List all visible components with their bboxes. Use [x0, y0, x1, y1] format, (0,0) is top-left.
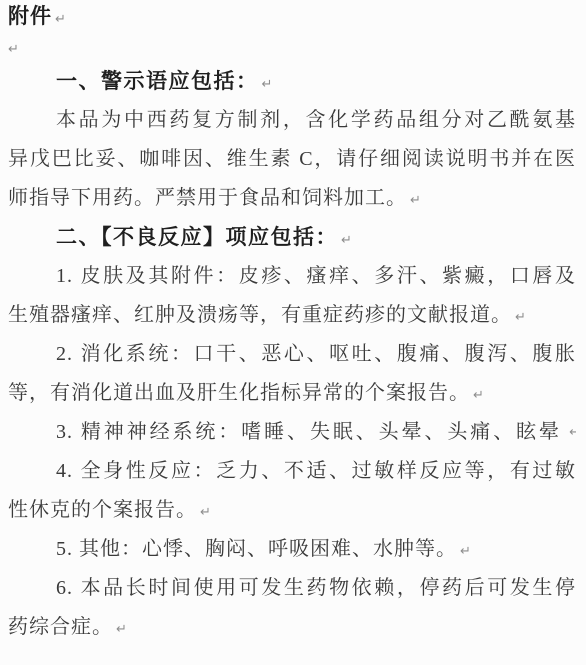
paragraph-mark-icon: ↵	[569, 413, 576, 452]
adverse-item-text: 6. 本品长时间使用可发生药物依赖，停药后可发生停	[56, 577, 576, 599]
section-adverse-heading: 二、【不良反应】项应包括：	[56, 226, 338, 249]
adverse-item-3-line-1: 3. 精神神经系统：嗜睡、失眠、头晕、头痛、眩晕等。↵	[8, 413, 576, 452]
adverse-item-6-line-2: 药综合症。↵	[8, 608, 576, 647]
paragraph-mark-icon: ↵	[407, 193, 421, 208]
adverse-item-1-line-2: 生殖器瘙痒、红肿及溃疡等，有重症药疹的文献报道。↵	[8, 296, 576, 335]
paragraph-mark-icon: ↵	[113, 622, 127, 637]
section-warning-heading: 一、警示语应包括：	[56, 70, 259, 93]
adverse-item-4-line-1: 4. 全身性反应：乏力、不适、过敏样反应等，有过敏	[8, 452, 576, 491]
section-adverse-heading-line: 二、【不良反应】项应包括：↵	[8, 218, 576, 257]
adverse-item-5-line-1: 5. 其他：心悸、胸闷、呼吸困难、水肿等。↵	[8, 530, 576, 569]
adverse-item-text: 3. 精神神经系统：嗜睡、失眠、头晕、头痛、眩晕等。	[56, 421, 560, 452]
warning-paragraph-line-2: 异戊巴比妥、咖啡因、维生素 C，请仔细阅读说明书并在医	[8, 140, 576, 179]
adverse-item-1-line-1: 1. 皮肤及其附件：皮疹、瘙痒、多汗、紫癜，口唇及	[8, 257, 576, 296]
section-warning-heading-line: 一、警示语应包括：↵	[8, 62, 576, 101]
adverse-item-text: 2. 消化系统：口干、恶心、呕吐、腹痛、腹泻、腹胀	[56, 343, 576, 365]
adverse-item-4-line-2: 性休克的个案报告。↵	[8, 491, 576, 530]
adverse-item-2-line-2: 等，有消化道出血及肝生化指标异常的个案报告。↵	[8, 374, 576, 413]
document-page: 附件↵ ↵ 一、警示语应包括：↵ 本品为中西药复方制剂，含化学药品组分对乙酰氨基…	[0, 0, 586, 665]
adverse-item-text: 5. 其他：心悸、胸闷、呼吸困难、水肿等。	[56, 538, 457, 560]
attachment-label: 附件	[8, 5, 52, 28]
adverse-item-text: 性休克的个案报告。	[8, 499, 197, 521]
attachment-label-line: 附件↵	[8, 2, 576, 32]
warning-text: 师指导下用药。严禁用于食品和饲料加工。	[8, 187, 407, 209]
paragraph-mark-icon: ↵	[52, 12, 66, 27]
adverse-item-6-line-1: 6. 本品长时间使用可发生药物依赖，停药后可发生停	[8, 569, 576, 608]
paragraph-mark-icon: ↵	[457, 544, 471, 559]
warning-text: 本品为中西药复方制剂，含化学药品组分对乙酰氨基	[56, 109, 576, 131]
paragraph-mark-icon: ↵	[338, 233, 352, 248]
paragraph-mark-icon: ↵	[470, 388, 484, 403]
adverse-item-2-line-1: 2. 消化系统：口干、恶心、呕吐、腹痛、腹泻、腹胀	[8, 335, 576, 374]
adverse-item-text: 等，有消化道出血及肝生化指标异常的个案报告。	[8, 382, 470, 404]
empty-paragraph-line: ↵	[8, 32, 576, 62]
paragraph-mark-icon: ↵	[197, 505, 211, 520]
warning-paragraph-line-3: 师指导下用药。严禁用于食品和饲料加工。↵	[8, 179, 576, 218]
paragraph-mark-icon: ↵	[259, 77, 273, 92]
adverse-item-text: 药综合症。	[8, 616, 113, 638]
paragraph-mark-icon: ↵	[8, 42, 19, 57]
paragraph-mark-icon: ↵	[512, 310, 526, 325]
warning-text: 异戊巴比妥、咖啡因、维生素 C，请仔细阅读说明书并在医	[8, 148, 576, 170]
adverse-item-text: 生殖器瘙痒、红肿及溃疡等，有重症药疹的文献报道。	[8, 304, 512, 326]
warning-paragraph-line-1: 本品为中西药复方制剂，含化学药品组分对乙酰氨基酚、	[8, 101, 576, 140]
adverse-item-text: 4. 全身性反应：乏力、不适、过敏样反应等，有过敏	[56, 460, 576, 482]
adverse-item-text: 1. 皮肤及其附件：皮疹、瘙痒、多汗、紫癜，口唇及	[56, 265, 576, 287]
